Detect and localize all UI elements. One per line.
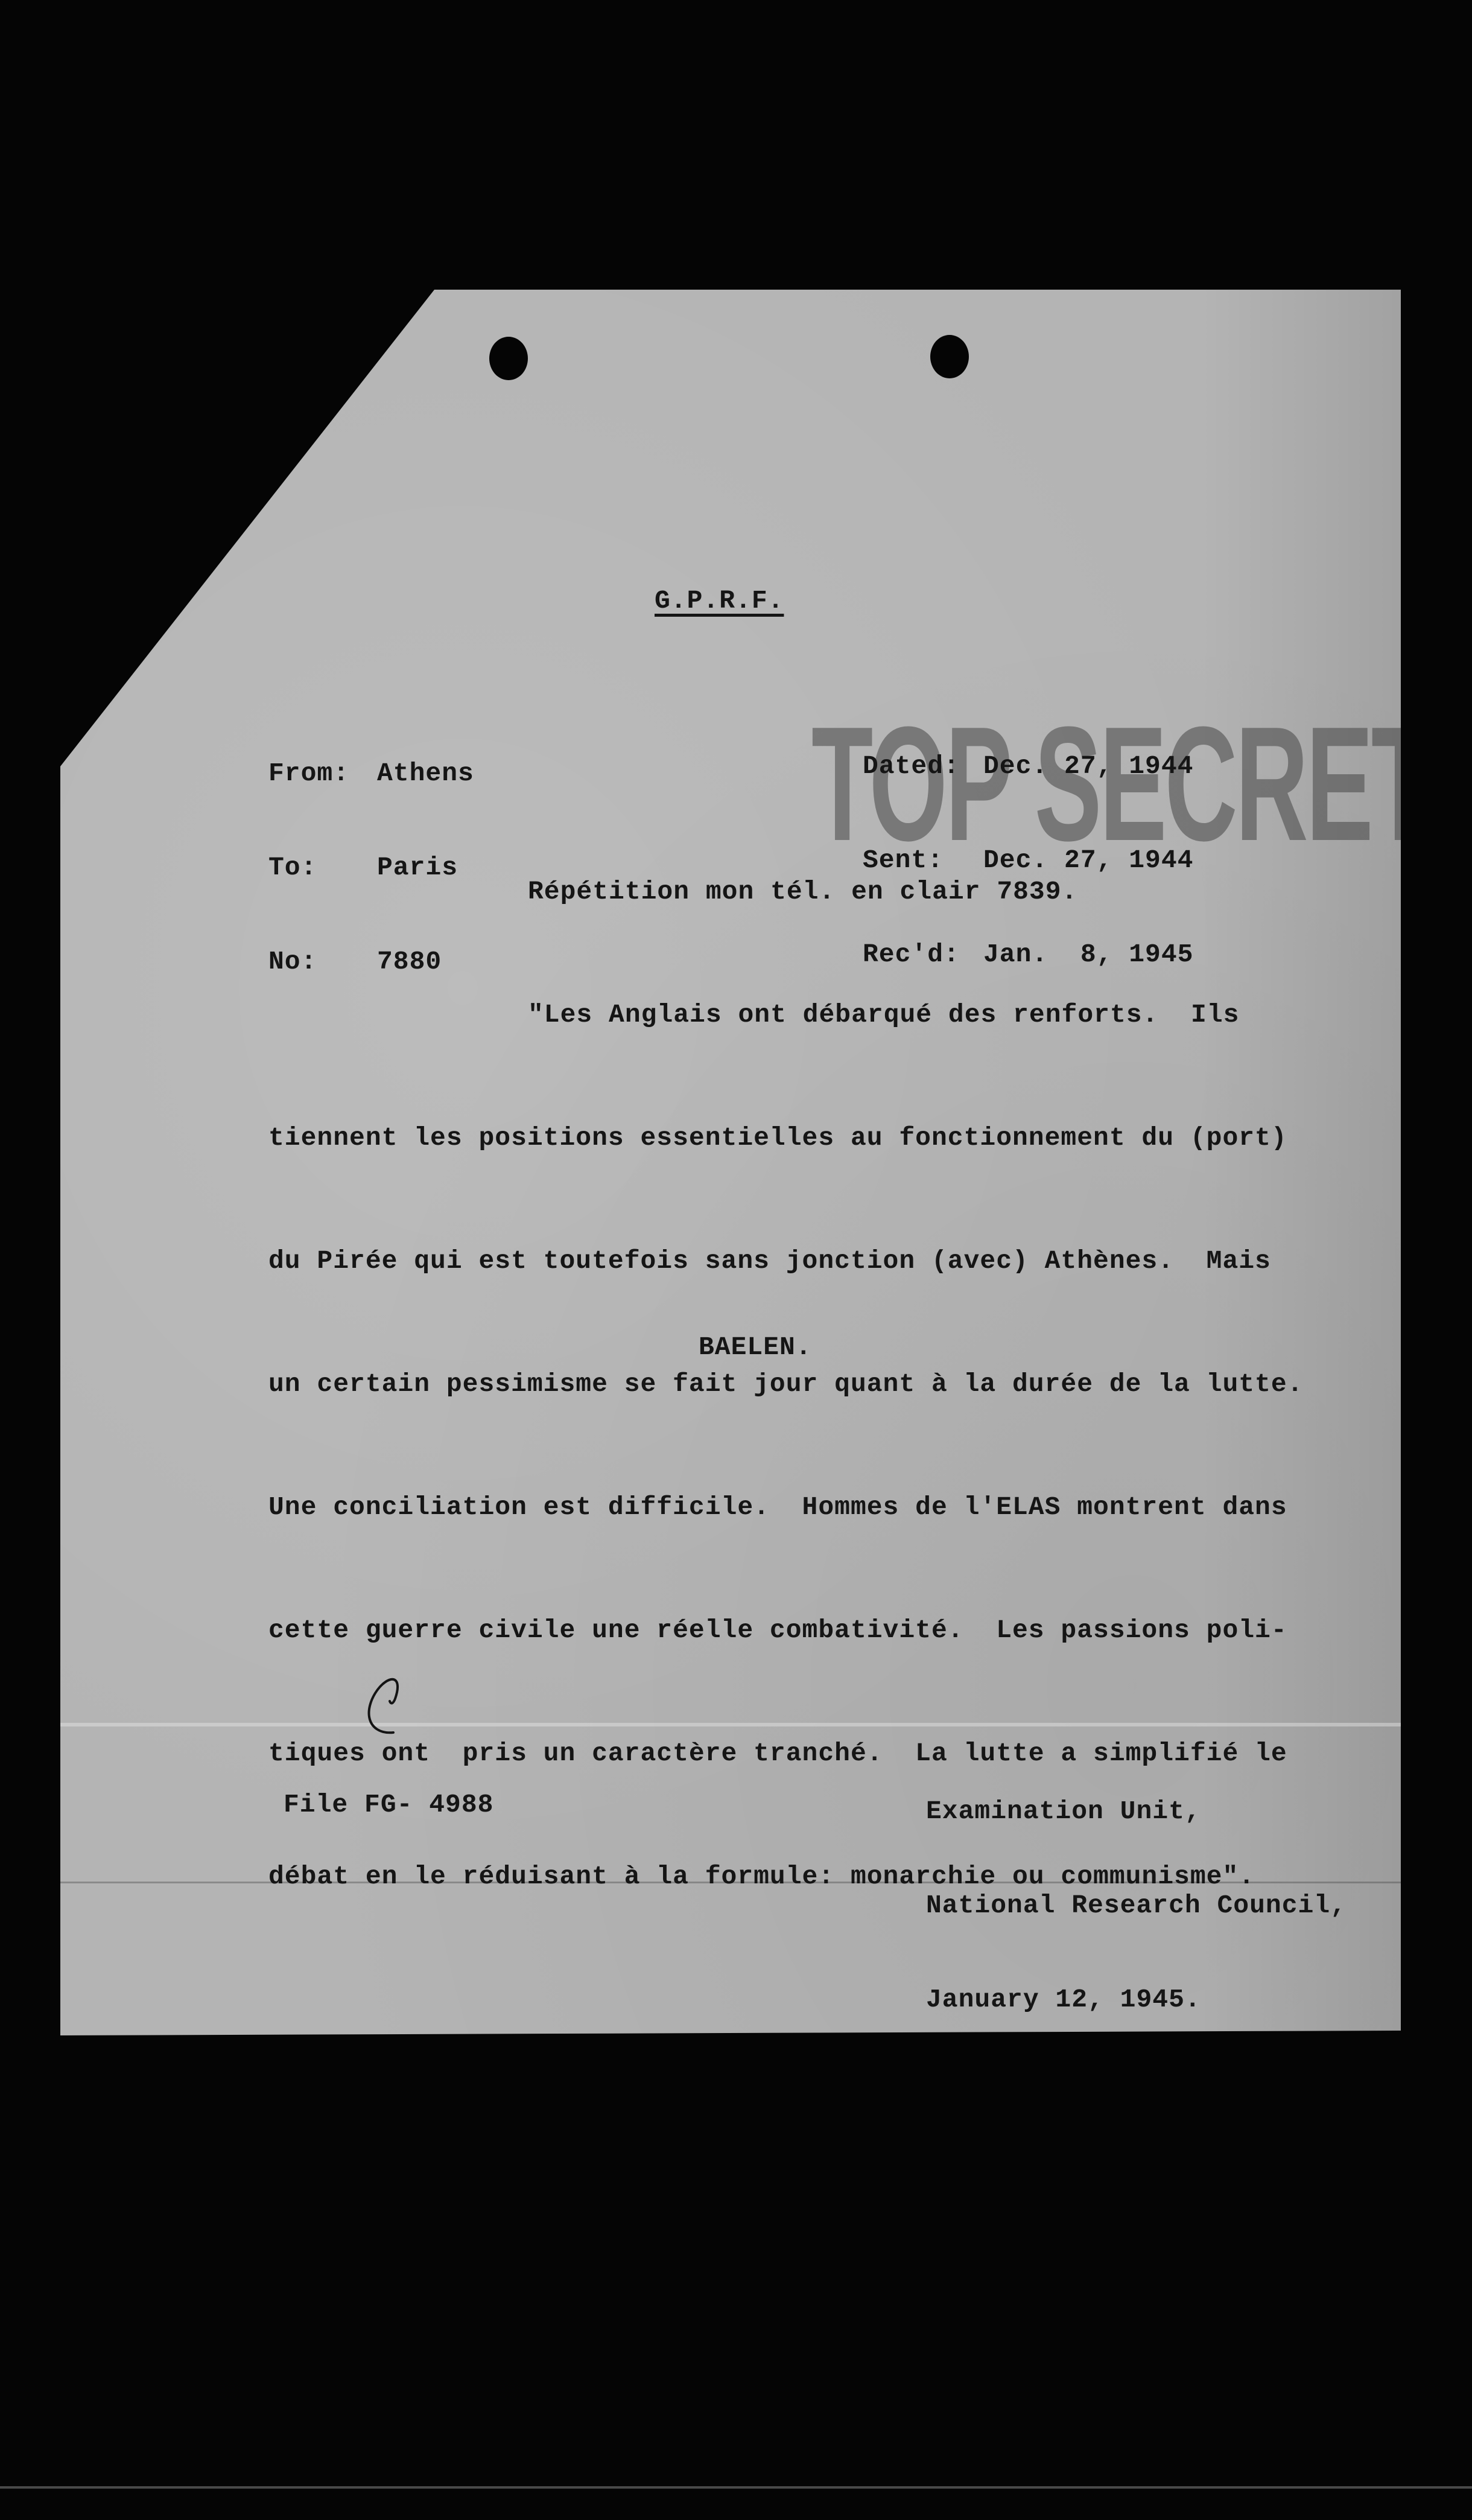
file-number: File FG- 4988 — [284, 1788, 493, 1822]
document-header-title: G.P.R.F. — [655, 584, 784, 618]
exam-line: Examination Unit, — [926, 1798, 1347, 1825]
date-label: Dated: — [863, 753, 983, 780]
date-dated: Dated: Dec. 27, 1944 — [863, 753, 1193, 780]
handwritten-c-mark — [356, 1675, 422, 1747]
routing-value: Athens — [377, 760, 474, 787]
date-value: Dec. 27, 1944 — [983, 753, 1193, 780]
body-line: un certain pessimisme se fait jour quant… — [268, 1357, 1342, 1412]
examination-block: Examination Unit, National Research Coun… — [926, 1731, 1347, 2047]
routing-from: From: Athens — [268, 760, 474, 787]
body-line: du Pirée qui est toutefois sans jonction… — [268, 1233, 1342, 1289]
exam-line: National Research Council, — [926, 1892, 1347, 1919]
signature: BAELEN. — [699, 1331, 812, 1364]
punch-hole-right — [930, 335, 969, 378]
body-line: tiennent les positions essentielles au f… — [268, 1110, 1342, 1166]
body-line: Répétition mon tél. en clair 7839. — [268, 864, 1342, 920]
body-line: "Les Anglais ont débarqué des renforts. … — [268, 987, 1342, 1043]
scan-artifact-line — [0, 2486, 1472, 2489]
exam-line: January 12, 1945. — [926, 1987, 1347, 2013]
punch-hole-left — [489, 337, 528, 380]
body-line: cette guerre civile une réelle combativi… — [268, 1603, 1342, 1658]
body-line: Une conciliation est difficile. Hommes d… — [268, 1480, 1342, 1535]
routing-label: From: — [268, 760, 377, 787]
